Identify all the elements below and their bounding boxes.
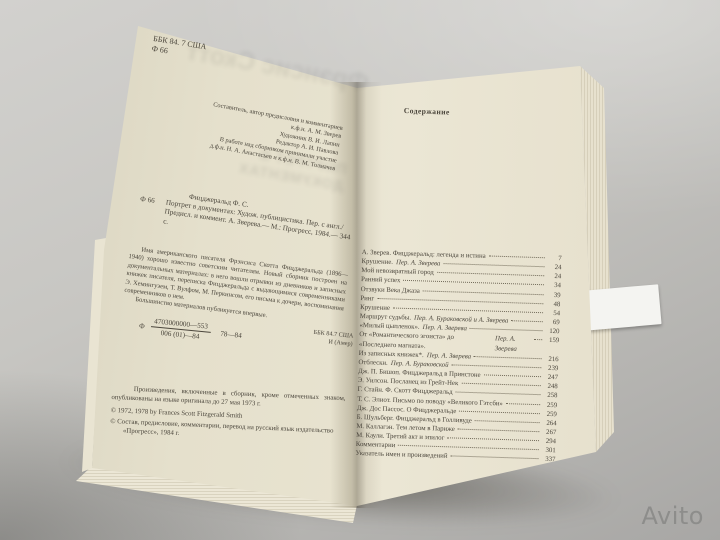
toc-entry-page-number: 258 [543,391,557,401]
toc-dot-leader [459,410,540,414]
toc-entry-page-number: 267 [542,428,556,438]
toc-dot-leader [443,263,544,267]
toc-dot-leader [506,403,540,405]
toc-entry-page-number: 247 [544,373,558,383]
table-of-contents: А. Зверев. Фицджеральд: легенда и истина… [355,248,562,465]
copyright-block: Произведения, включенные в сборник, кром… [110,384,346,446]
entry-code: Ф 66 [137,195,167,226]
toc-entry-page-number: 39 [546,290,560,300]
toc-dot-leader [534,339,542,340]
toc-dot-leader [423,290,544,295]
toc-dot-leader [456,392,541,396]
toc-dot-leader [447,437,539,441]
toc-entry-page-number: 216 [544,355,558,365]
toc-entry-page-number: 7 [548,254,562,264]
toc-entry-page-number: 259 [543,400,557,410]
catalog-suffix: 78—84 [220,329,242,339]
avito-watermark: Avito [642,502,704,530]
toc-entry-translator: Пер. А. Зверева [495,335,532,354]
toc-entry-page-number: 264 [542,419,556,429]
toc-dot-leader [470,328,543,331]
toc-dot-leader [393,307,543,313]
toc-entry-page-number: 248 [544,382,558,392]
toc-dot-leader [474,356,542,359]
toc-dot-leader [377,298,543,304]
toc-entry-page-number: 24 [547,263,561,273]
toc-entry-page-number: 159 [545,336,559,346]
toc-entry-page-number: 239 [544,364,558,374]
toc-entry-page-number: 54 [546,309,560,319]
toc-dot-leader [511,320,543,322]
toc-dot-leader [451,456,539,460]
toc-dot-leader [484,374,541,377]
toc-entry-page-number: 337 [541,455,555,465]
toc-dot-leader [475,420,540,423]
toc-entry-title: Ринг [360,294,374,304]
toc-dot-leader [458,429,540,433]
toc-entry-page-number: 120 [545,327,559,337]
catalog-sign: Ф [139,321,145,330]
toc-dot-leader [452,364,542,368]
toc-dot-leader [398,445,538,450]
toc-entry-page-number: 259 [543,409,557,419]
toc-entry-page-number: 69 [546,318,560,328]
toc-entry-page-number: 294 [542,437,556,447]
toc-dot-leader [489,255,545,258]
toc-heading: Содержание [404,106,450,117]
toc-entry-page-number: 48 [546,300,560,310]
toc-dot-leader [437,272,544,276]
toc-entry-page-number: 34 [547,281,561,291]
toc-dot-leader [403,280,544,285]
toc-entry-page-number: 301 [542,446,556,456]
book-photo-scene: Фрэнсис Скотт ПОРТРЕТ В ДОКУМЕНТАХ ББК 8… [0,0,720,540]
toc-entry-page-number: 24 [547,272,561,282]
toc-dot-leader [461,383,540,386]
